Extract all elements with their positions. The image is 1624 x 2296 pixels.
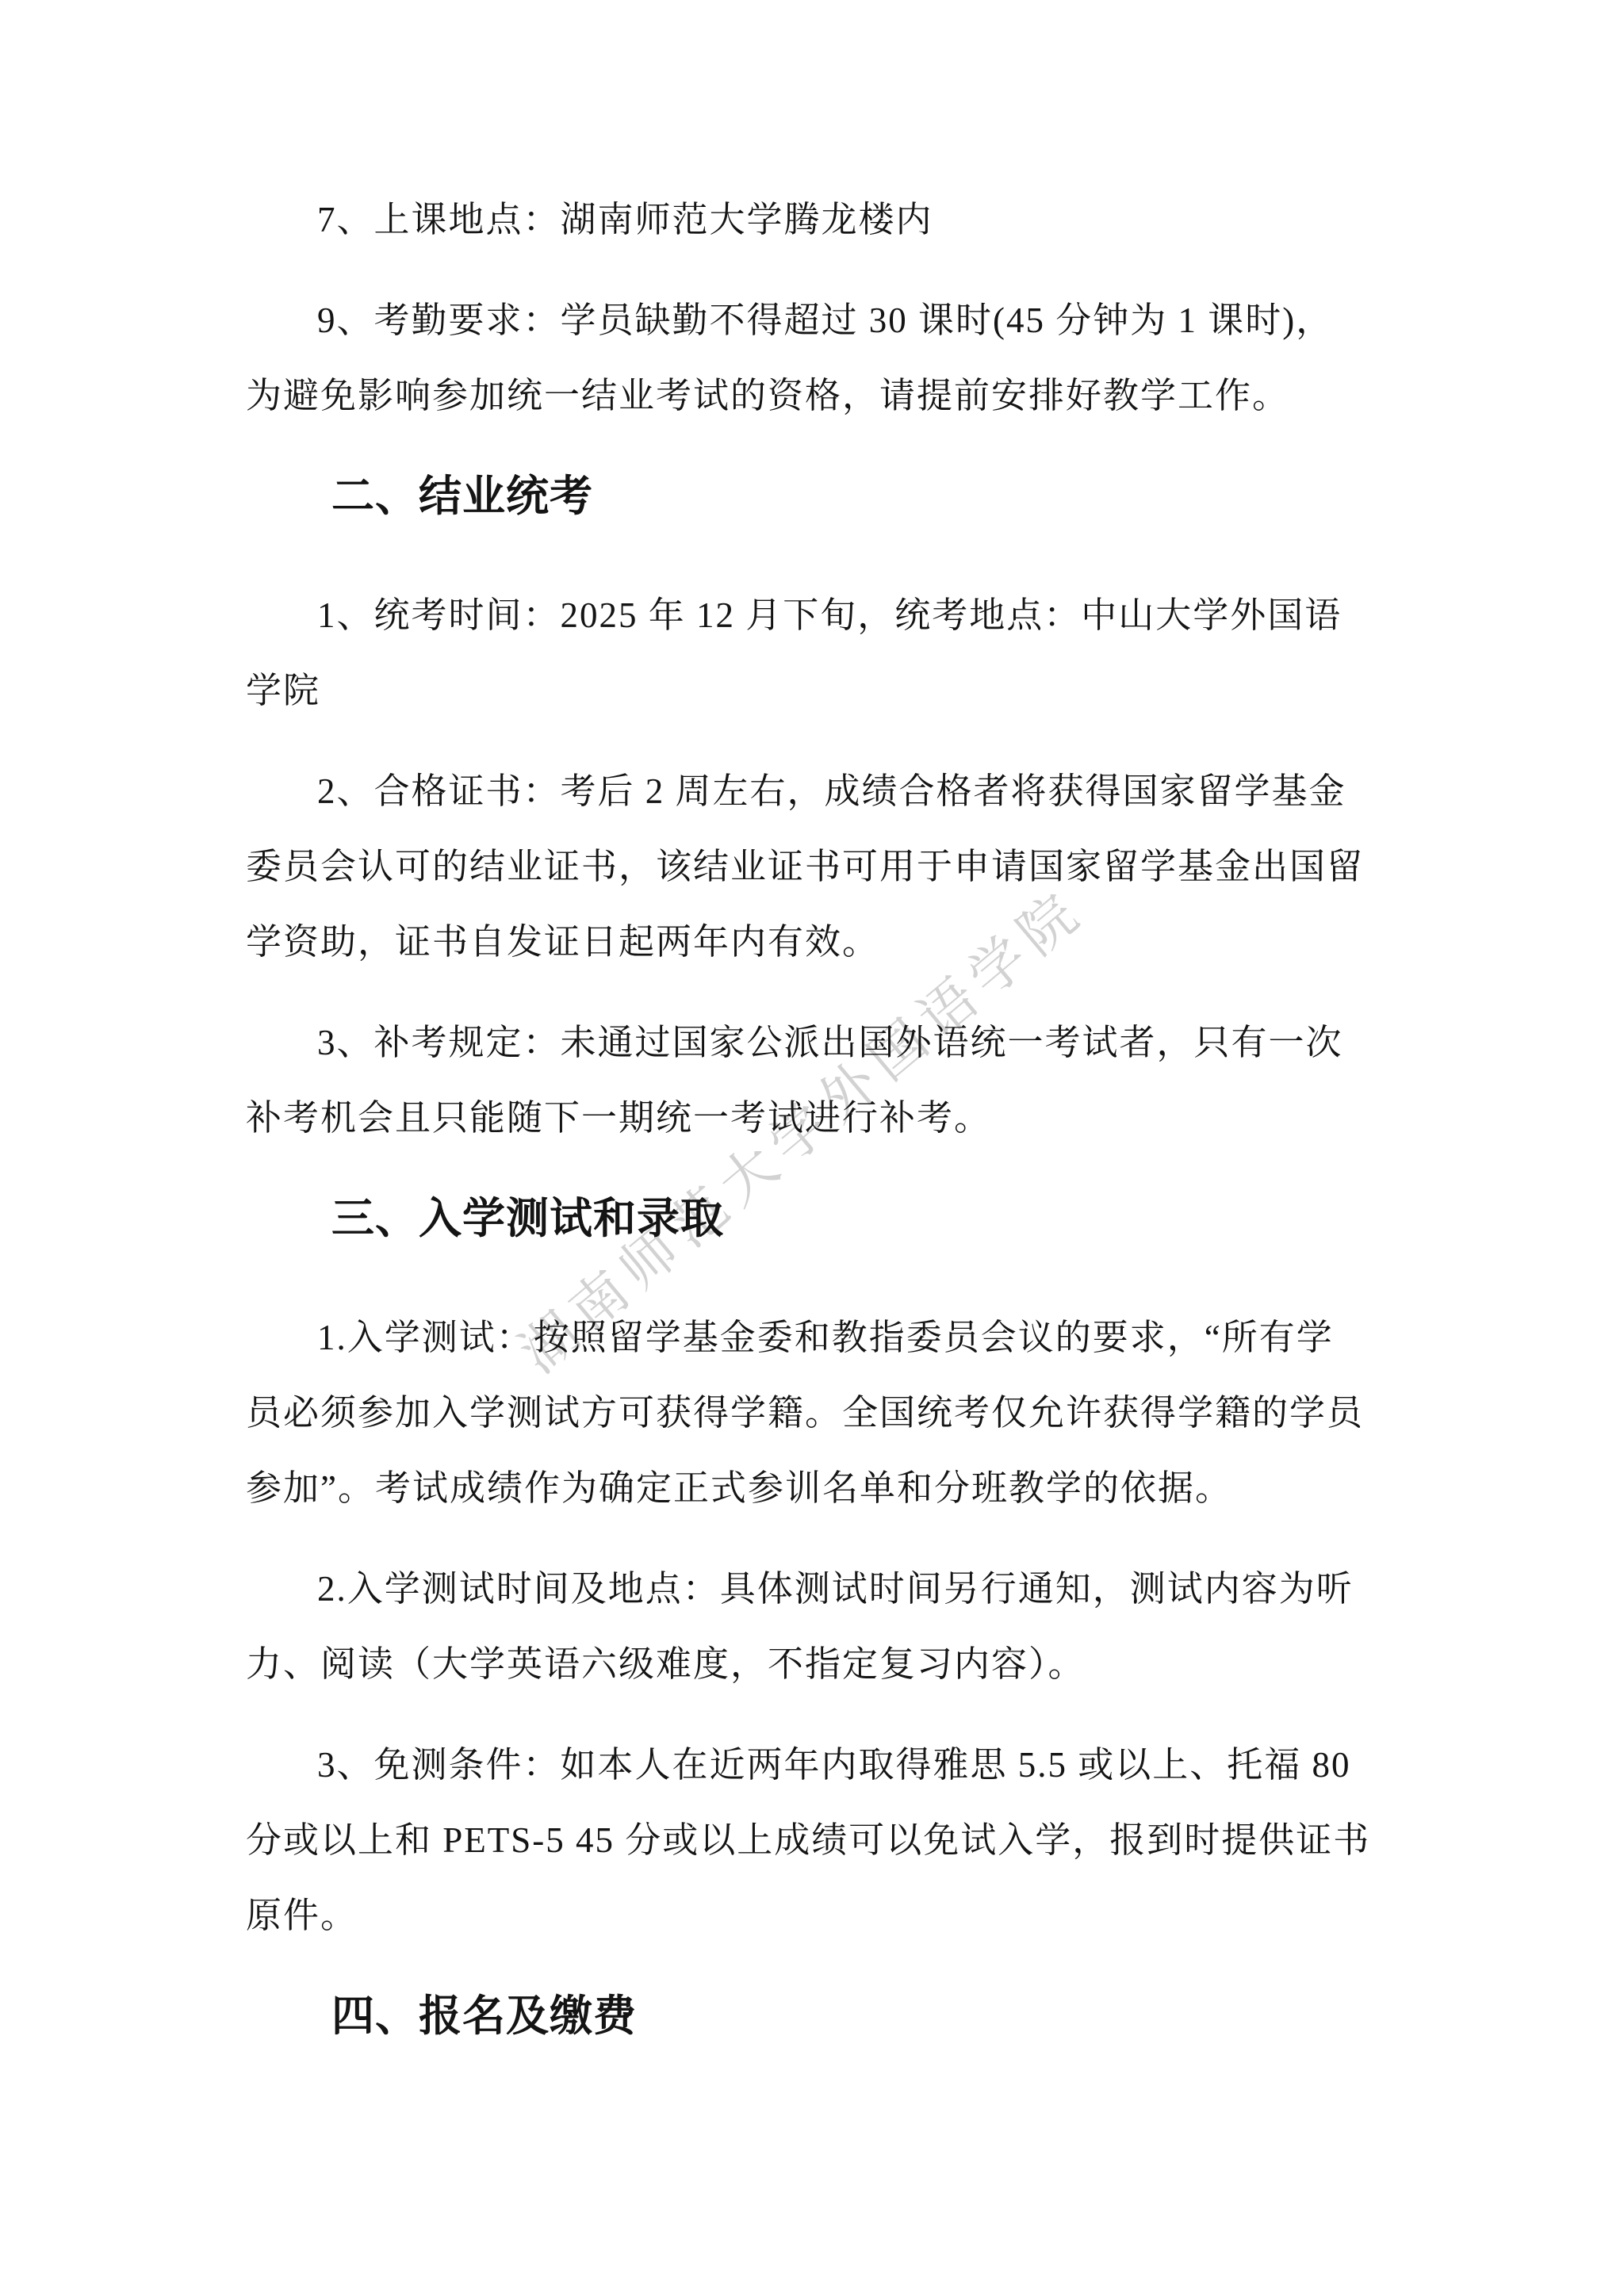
paragraph: 3、补考规定：未通过国家公派出国外语统一考试者，只有一次 补考机会且只能随下一期… — [246, 1005, 1376, 1156]
text-line: 力、阅读（大学英语六级难度，不指定复习内容）。 — [246, 1627, 1376, 1702]
text-line: 9、考勤要求：学员缺勤不得超过 30 课时(45 分钟为 1 课时)， — [246, 283, 1376, 358]
text-line: 1、统考时间：2025 年 12 月下旬，统考地点：中山大学外国语 — [246, 578, 1376, 653]
text-line: 分或以上和 PETS-5 45 分或以上成绩可以免试入学，报到时提供证书 — [246, 1803, 1376, 1878]
text-line: 7、上课地点：湖南师范大学腾龙楼内 — [246, 182, 1376, 258]
text-line: 1.入学测试：按照留学基金委和教指委员会议的要求，“所有学 — [246, 1300, 1376, 1376]
heading-text: 四、报名及缴费 — [246, 1979, 1376, 2054]
heading-text: 三、入学测试和录取 — [246, 1181, 1376, 1257]
text-line: 原件。 — [246, 1878, 1376, 1954]
text-line: 委员会认可的结业证书，该结业证书可用于申请国家留学基金出国留 — [246, 829, 1376, 905]
text-line: 参加”。考试成绩作为确定正式参训名单和分班教学的依据。 — [246, 1451, 1376, 1526]
text-line: 为避免影响参加统一结业考试的资格，请提前安排好教学工作。 — [246, 358, 1376, 434]
paragraph: 1.入学测试：按照留学基金委和教指委员会议的要求，“所有学 员必须参加入学测试方… — [246, 1300, 1376, 1526]
section-heading: 二、结业统考 — [246, 459, 1376, 534]
document-body: 7、上课地点：湖南师范大学腾龙楼内 9、考勤要求：学员缺勤不得超过 30 课时(… — [246, 157, 1376, 2098]
text-line: 员必须参加入学测试方可获得学籍。全国统考仅允许获得学籍的学员 — [246, 1376, 1376, 1451]
text-line: 3、补考规定：未通过国家公派出国外语统一考试者，只有一次 — [246, 1005, 1376, 1081]
paragraph: 7、上课地点：湖南师范大学腾龙楼内 — [246, 182, 1376, 258]
document-page: 湖南师范大学外国语学院 7、上课地点：湖南师范大学腾龙楼内 9、考勤要求：学员缺… — [0, 0, 1624, 2296]
heading-text: 二、结业统考 — [246, 459, 1376, 534]
section-heading: 四、报名及缴费 — [246, 1979, 1376, 2054]
paragraph: 1、统考时间：2025 年 12 月下旬，统考地点：中山大学外国语 学院 — [246, 578, 1376, 729]
text-line: 3、免测条件：如本人在近两年内取得雅思 5.5 或以上、托福 80 — [246, 1728, 1376, 1803]
text-line: 2、合格证书：考后 2 周左右，成绩合格者将获得国家留学基金 — [246, 754, 1376, 829]
text-line: 学院 — [246, 653, 1376, 729]
paragraph: 9、考勤要求：学员缺勤不得超过 30 课时(45 分钟为 1 课时)， 为避免影… — [246, 283, 1376, 434]
paragraph: 2、合格证书：考后 2 周左右，成绩合格者将获得国家留学基金 委员会认可的结业证… — [246, 754, 1376, 980]
text-line: 学资助，证书自发证日起两年内有效。 — [246, 905, 1376, 980]
paragraph: 2.入学测试时间及地点：具体测试时间另行通知，测试内容为听 力、阅读（大学英语六… — [246, 1552, 1376, 1702]
section-heading: 三、入学测试和录取 — [246, 1181, 1376, 1257]
text-line: 2.入学测试时间及地点：具体测试时间另行通知，测试内容为听 — [246, 1552, 1376, 1627]
text-line: 补考机会且只能随下一期统一考试进行补考。 — [246, 1081, 1376, 1156]
paragraph: 3、免测条件：如本人在近两年内取得雅思 5.5 或以上、托福 80 分或以上和 … — [246, 1728, 1376, 1954]
